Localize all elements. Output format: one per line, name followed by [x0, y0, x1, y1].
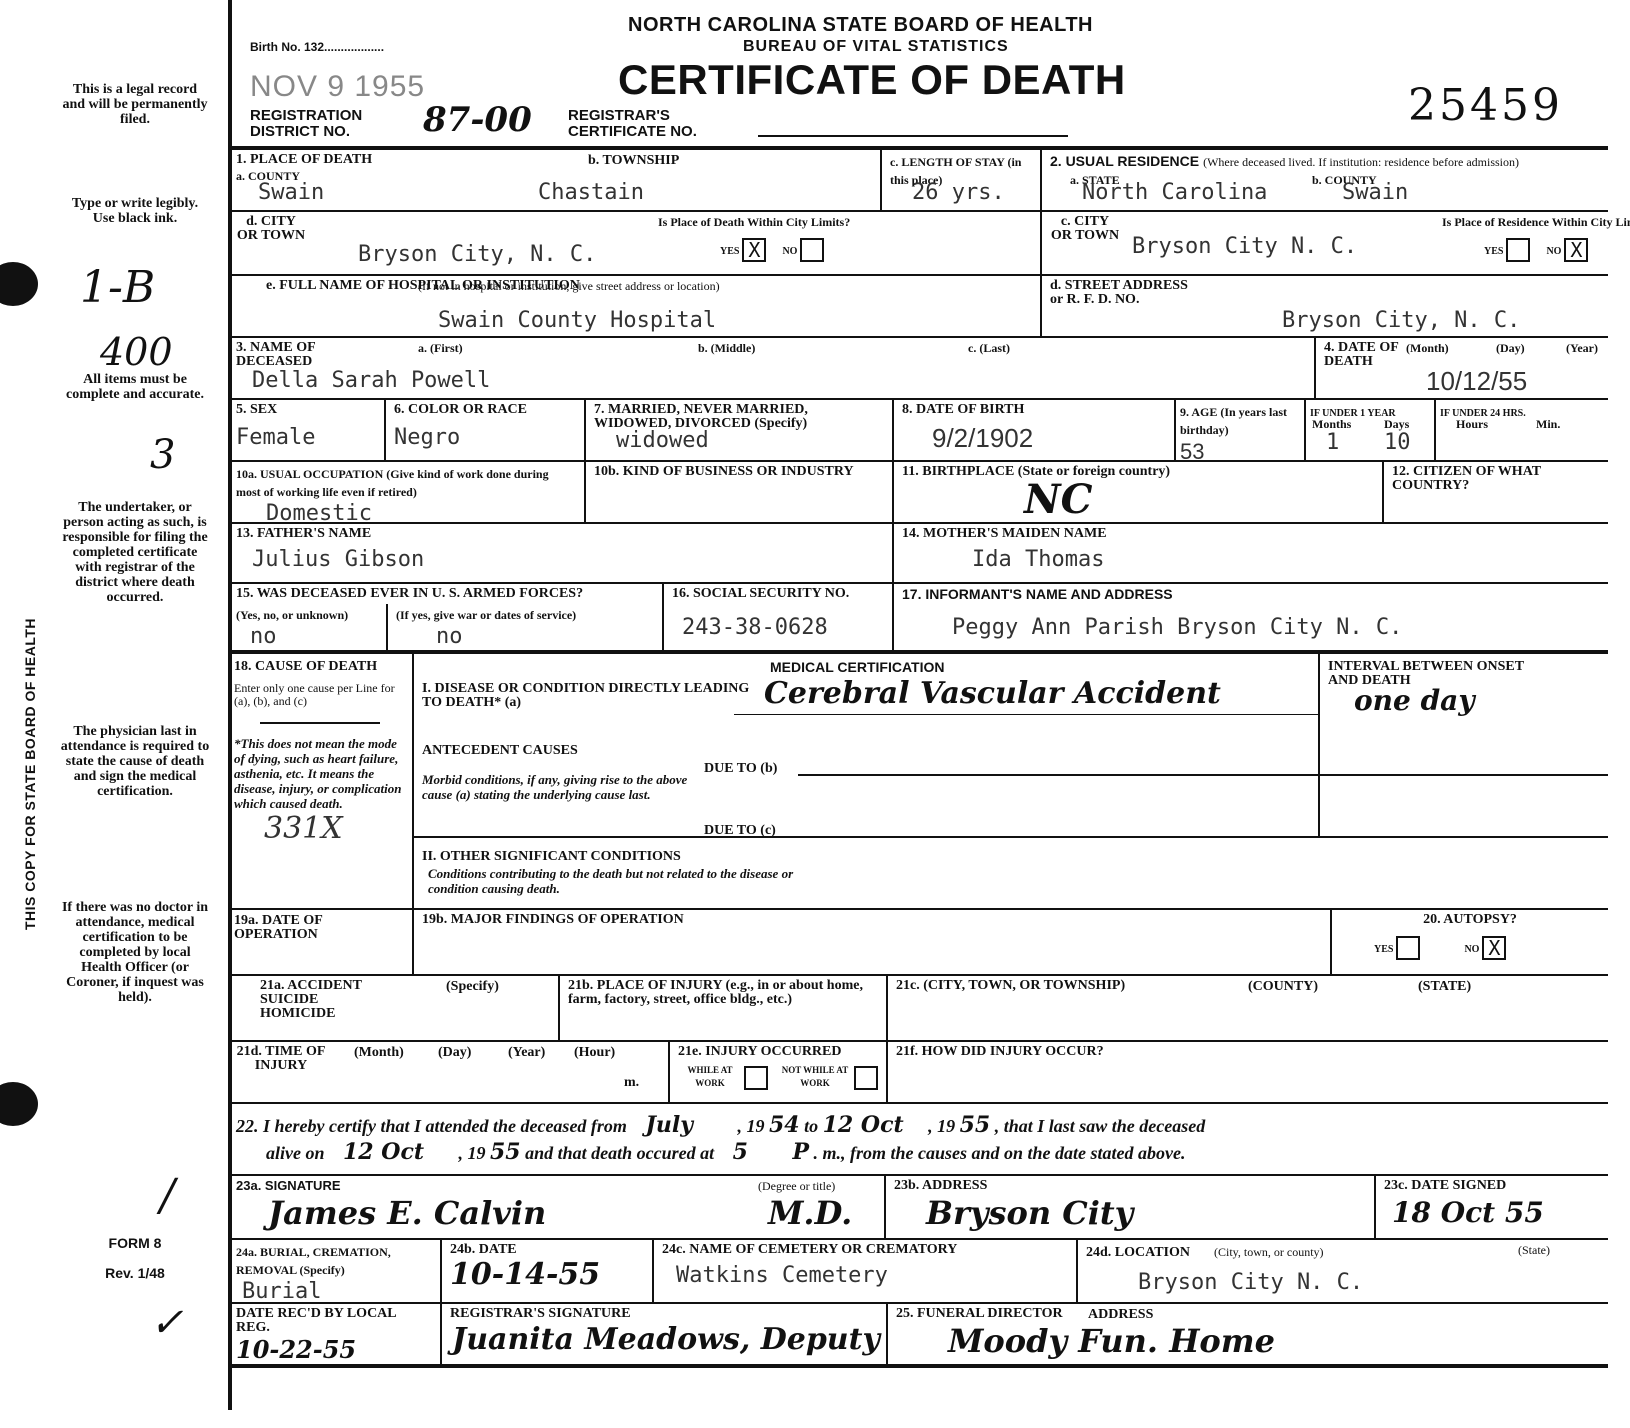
- state-file-number: 25459: [1408, 80, 1563, 131]
- death-within-city-yes-checkbox[interactable]: X: [742, 238, 766, 262]
- hospital-cell: e. FULL NAME OF HOSPITAL OR INSTITUTION …: [228, 276, 1042, 336]
- registrar-signature: Juanita Meadows, Deputy: [452, 1322, 880, 1357]
- usual-residence-cell: 2. USUAL RESIDENCE (Where deceased lived…: [1042, 150, 1608, 210]
- injury-type-cell: 21a. ACCIDENT SUICIDE HOMICIDE (Specify): [228, 976, 560, 1040]
- not-at-work-checkbox[interactable]: [854, 1066, 878, 1090]
- date-of-birth-value: 9/2/1902: [902, 423, 1166, 454]
- sex-cell: 5. SEX Female: [228, 400, 386, 460]
- attended-from: July: [645, 1112, 693, 1138]
- handwritten-mark-400: 400: [100, 330, 173, 374]
- attended-to-date: 12 Oct: [823, 1112, 904, 1138]
- injury-time-cell: 21d. TIME OF INJURY (Month) (Day) (Year)…: [228, 1042, 670, 1102]
- street-address-value: Bryson City, N. C.: [1282, 308, 1520, 333]
- burial-date-cell: 24b. DATE 10-14-55: [442, 1240, 654, 1302]
- funeral-director-cell: 25. FUNERAL DIRECTOR ADDRESS Moody Fun. …: [888, 1304, 1608, 1364]
- last-seen-year: 55: [490, 1139, 521, 1165]
- registrar-certificate-label: REGISTRAR'S CERTIFICATE NO.: [568, 108, 768, 140]
- medical-certification-title: MEDICAL CERTIFICATION: [770, 660, 944, 674]
- autopsy-no-checkbox[interactable]: X: [1482, 936, 1506, 960]
- cemetery-cell: 24c. NAME OF CEMETERY OR CREMATORY Watki…: [654, 1240, 1078, 1302]
- at-work-checkbox[interactable]: [744, 1066, 768, 1090]
- armed-service-value: no: [396, 624, 576, 649]
- under-one-year-cell: IF UNDER 1 YEAR Months Days 1 10: [1306, 400, 1436, 460]
- marital-status-value: widowed: [616, 428, 709, 453]
- attended-to-year: 55: [960, 1112, 991, 1138]
- father-name-value: Julius Gibson: [236, 547, 884, 572]
- death-city-cell: d. CITY OR TOWN Bryson City, N. C. Is Pl…: [228, 212, 1042, 274]
- informant-cell: 17. INFORMANT'S NAME AND ADDRESS Peggy A…: [894, 584, 1608, 650]
- burial-location-value: Bryson City N. C.: [1138, 1270, 1363, 1295]
- father-name-cell: 13. FATHER'S NAME Julius Gibson: [228, 524, 894, 582]
- board-name: NORTH CAROLINA STATE BOARD OF HEALTH: [628, 14, 1093, 37]
- ssn-value: 243-38-0628: [672, 615, 884, 640]
- cause-instructions-cell: 18. CAUSE OF DEATH Enter only one cause …: [228, 654, 414, 908]
- length-of-stay-cell: c. LENGTH OF STAY (in this place) 26 yrs…: [882, 150, 1042, 210]
- autopsy-yes-checkbox[interactable]: [1396, 936, 1420, 960]
- date-signed-value: 18 Oct 55: [1392, 1196, 1544, 1229]
- sex-value: Female: [236, 425, 376, 450]
- physician-degree: M.D.: [768, 1194, 852, 1232]
- death-within-city-no-checkbox[interactable]: [800, 238, 824, 262]
- place-of-death-county-cell: 1. PLACE OF DEATH a. COUNTY Swain b. TOW…: [228, 150, 882, 210]
- injury-location-cell: 21c. (CITY, TOWN, OR TOWNSHIP) (COUNTY) …: [888, 976, 1608, 1040]
- ssn-cell: 16. SOCIAL SECURITY NO. 243-38-0628: [664, 584, 894, 650]
- autopsy-cell: 20. AUTOPSY? YES NOX: [1332, 910, 1608, 974]
- type-legibly-note: Type or write legibly. Use black ink.: [60, 196, 210, 226]
- under-24-hours-cell: IF UNDER 24 HRS. Hours Min.: [1436, 400, 1608, 460]
- citizenship-cell: 12. CITIZEN OF WHAT COUNTRY?: [1384, 462, 1608, 522]
- injury-how-cell: 21f. HOW DID INJURY OCCUR?: [888, 1042, 1608, 1102]
- received-stamp: NOV 9 1955: [250, 70, 425, 104]
- burial-location-cell: 24d. LOCATION (City, town, or county) (S…: [1078, 1240, 1608, 1302]
- burial-type-value: Burial: [236, 1279, 432, 1304]
- physician-address-value: Bryson City: [926, 1194, 1133, 1232]
- injury-occurred-cell: 21e. INJURY OCCURRED WHILE AT WORK NOT W…: [670, 1042, 888, 1102]
- occupation-value: Domestic: [236, 501, 576, 526]
- physician-signature: James E. Calvin: [268, 1194, 546, 1232]
- registrar-certificate-line: [758, 135, 1068, 137]
- birthplace-value: NC: [1024, 476, 1092, 523]
- death-county-value: Swain: [258, 180, 324, 205]
- punch-hole: [0, 1082, 38, 1126]
- death-city-value: Bryson City, N. C.: [358, 242, 596, 267]
- checkmark-icon: ✓: [150, 1300, 184, 1346]
- medical-certification-cell: MEDICAL CERTIFICATION INTERVAL BETWEEN O…: [414, 654, 1608, 908]
- business-cell: 10b. KIND OF BUSINESS OR INDUSTRY: [586, 462, 894, 522]
- death-time: 5: [733, 1139, 748, 1165]
- mother-name-cell: 14. MOTHER'S MAIDEN NAME Ida Thomas: [894, 524, 1608, 582]
- months-value: 1: [1326, 430, 1339, 455]
- burial-type-cell: 24a. BURIAL, CREMATION, REMOVAL (Specify…: [228, 1240, 442, 1302]
- attended-from-year: 54: [769, 1112, 800, 1138]
- armed-forces-cell: 15. WAS DECEASED EVER IN U. S. ARMED FOR…: [228, 584, 664, 650]
- signature-cell: 23a. SIGNATURE (Degree or title) James E…: [228, 1176, 886, 1238]
- marital-status-cell: 7. MARRIED, NEVER MARRIED, WIDOWED, DIVO…: [586, 400, 894, 460]
- handwritten-mark-1b: 1-B: [80, 262, 155, 313]
- residence-county-value: Swain: [1342, 180, 1408, 205]
- legal-record-note: This is a legal record and will be perma…: [60, 82, 210, 127]
- cause-a-value: Cerebral Vascular Accident: [764, 676, 1221, 711]
- burial-date-value: 10-14-55: [450, 1257, 644, 1292]
- injury-place-cell: 21b. PLACE OF INJURY (e.g., in or about …: [560, 976, 888, 1040]
- residence-state-value: North Carolina: [1082, 180, 1267, 205]
- death-township-value: Chastain: [538, 180, 644, 205]
- handwritten-mark-slash: /: [160, 1170, 175, 1221]
- birthplace-cell: 11. BIRTHPLACE (State or foreign country…: [894, 462, 1384, 522]
- mother-name-value: Ida Thomas: [902, 547, 1600, 572]
- form-body: 1. PLACE OF DEATH a. COUNTY Swain b. TOW…: [228, 146, 1608, 1368]
- complete-note: All items must be complete and accurate.: [60, 372, 210, 402]
- date-of-death-value: 10/12/55: [1426, 366, 1527, 397]
- street-address-cell: d. STREET ADDRESS or R. F. D. NO. Bryson…: [1042, 276, 1608, 336]
- physician-certification-row: 22. I hereby certify that I attended the…: [228, 1104, 1608, 1176]
- armed-forces-value: no: [236, 624, 378, 649]
- vertical-copy-label: THIS COPY FOR STATE BOARD OF HEALTH: [22, 618, 38, 930]
- race-value: Negro: [394, 425, 576, 450]
- cemetery-value: Watkins Cemetery: [662, 1263, 1068, 1288]
- bureau-name: BUREAU OF VITAL STATISTICS: [743, 38, 1009, 56]
- form-number: FORM 8: [60, 1236, 210, 1251]
- funeral-director-value: Moody Fun. Home: [948, 1322, 1275, 1360]
- birth-number: Birth No. 132..................: [250, 40, 384, 54]
- operation-date-cell: 19a. DATE OF OPERATION: [228, 910, 414, 974]
- date-of-birth-cell: 8. DATE OF BIRTH 9/2/1902: [894, 400, 1176, 460]
- residence-city-cell: c. CITY OR TOWN Bryson City N. C. Is Pla…: [1042, 212, 1608, 274]
- informant-value: Peggy Ann Parish Bryson City N. C.: [902, 615, 1600, 640]
- residence-within-city-no-checkbox[interactable]: X: [1564, 238, 1588, 262]
- registration-district-label: REGISTRATION DISTRICT NO.: [250, 108, 420, 140]
- date-signed-cell: 23c. DATE SIGNED 18 Oct 55: [1376, 1176, 1608, 1238]
- residence-city-value: Bryson City N. C.: [1132, 234, 1357, 259]
- last-seen-alive: 12 Oct: [343, 1139, 424, 1165]
- operation-findings-cell: 19b. MAJOR FINDINGS OF OPERATION: [414, 910, 1332, 974]
- age-cell: 9. AGE (In years last birthday) 53: [1176, 400, 1306, 460]
- deceased-name-cell: 3. NAME OF DECEASED a. (First) b. (Middl…: [228, 338, 1316, 398]
- death-certificate: Birth No. 132.................. NOV 9 19…: [228, 0, 1608, 1410]
- left-margin: This is a legal record and will be perma…: [0, 0, 222, 1428]
- no-doctor-note: If there was no doctor in attendance, me…: [60, 900, 210, 1005]
- race-cell: 6. COLOR OR RACE Negro: [386, 400, 586, 460]
- registrar-signature-cell: REGISTRAR'S SIGNATURE Juanita Meadows, D…: [442, 1304, 888, 1364]
- undertaker-note: The undertaker, or person acting as such…: [60, 500, 210, 605]
- physician-note: The physician last in attendance is requ…: [60, 724, 210, 799]
- page-title: CERTIFICATE OF DEATH: [618, 56, 1126, 104]
- cause-code: 331X: [234, 811, 406, 846]
- length-of-stay-value: 26 yrs.: [912, 180, 1005, 205]
- death-ampm: P: [792, 1139, 809, 1165]
- certify-statement: 22. I hereby certify that I attended the…: [228, 1104, 1608, 1174]
- deceased-name-value: Della Sarah Powell: [252, 368, 490, 393]
- occupation-cell: 10a. USUAL OCCUPATION (Give kind of work…: [228, 462, 586, 522]
- physician-address-cell: 23b. ADDRESS Bryson City: [886, 1176, 1376, 1238]
- punch-hole: [0, 262, 38, 306]
- interval-value: one day: [1354, 684, 1475, 717]
- residence-within-city-yes-checkbox[interactable]: [1506, 238, 1530, 262]
- registration-district-value: 87-00: [423, 100, 532, 140]
- date-received-value: 10-22-55: [236, 1335, 432, 1364]
- days-value: 10: [1384, 430, 1411, 455]
- form-revision: Rev. 1/48: [60, 1266, 210, 1281]
- date-received-cell: DATE REC'D BY LOCAL REG. 10-22-55: [228, 1304, 442, 1364]
- handwritten-mark-3: 3: [150, 432, 175, 478]
- date-of-death-cell: 4. DATE OF DEATH (Month) (Day) (Year) 10…: [1316, 338, 1608, 398]
- hospital-value: Swain County Hospital: [438, 308, 716, 333]
